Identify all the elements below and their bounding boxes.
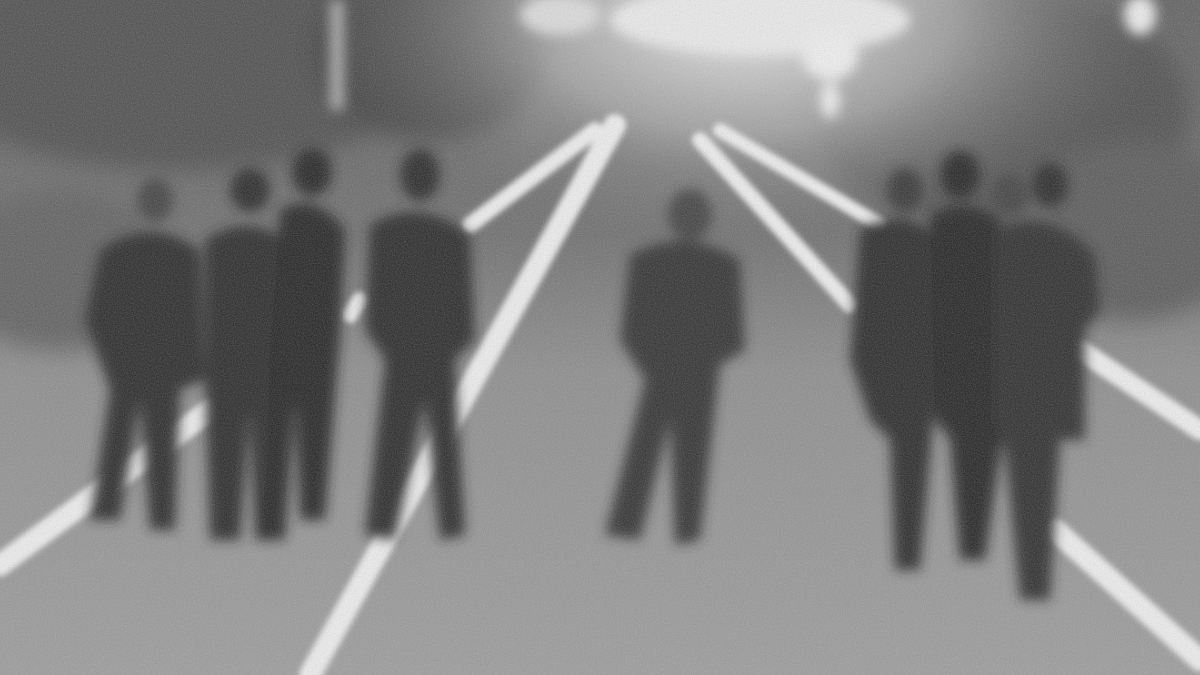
photo-scene (0, 0, 1200, 675)
photograph: Group of people standing on railway trac… (0, 0, 1200, 675)
film-grain (0, 0, 1200, 675)
